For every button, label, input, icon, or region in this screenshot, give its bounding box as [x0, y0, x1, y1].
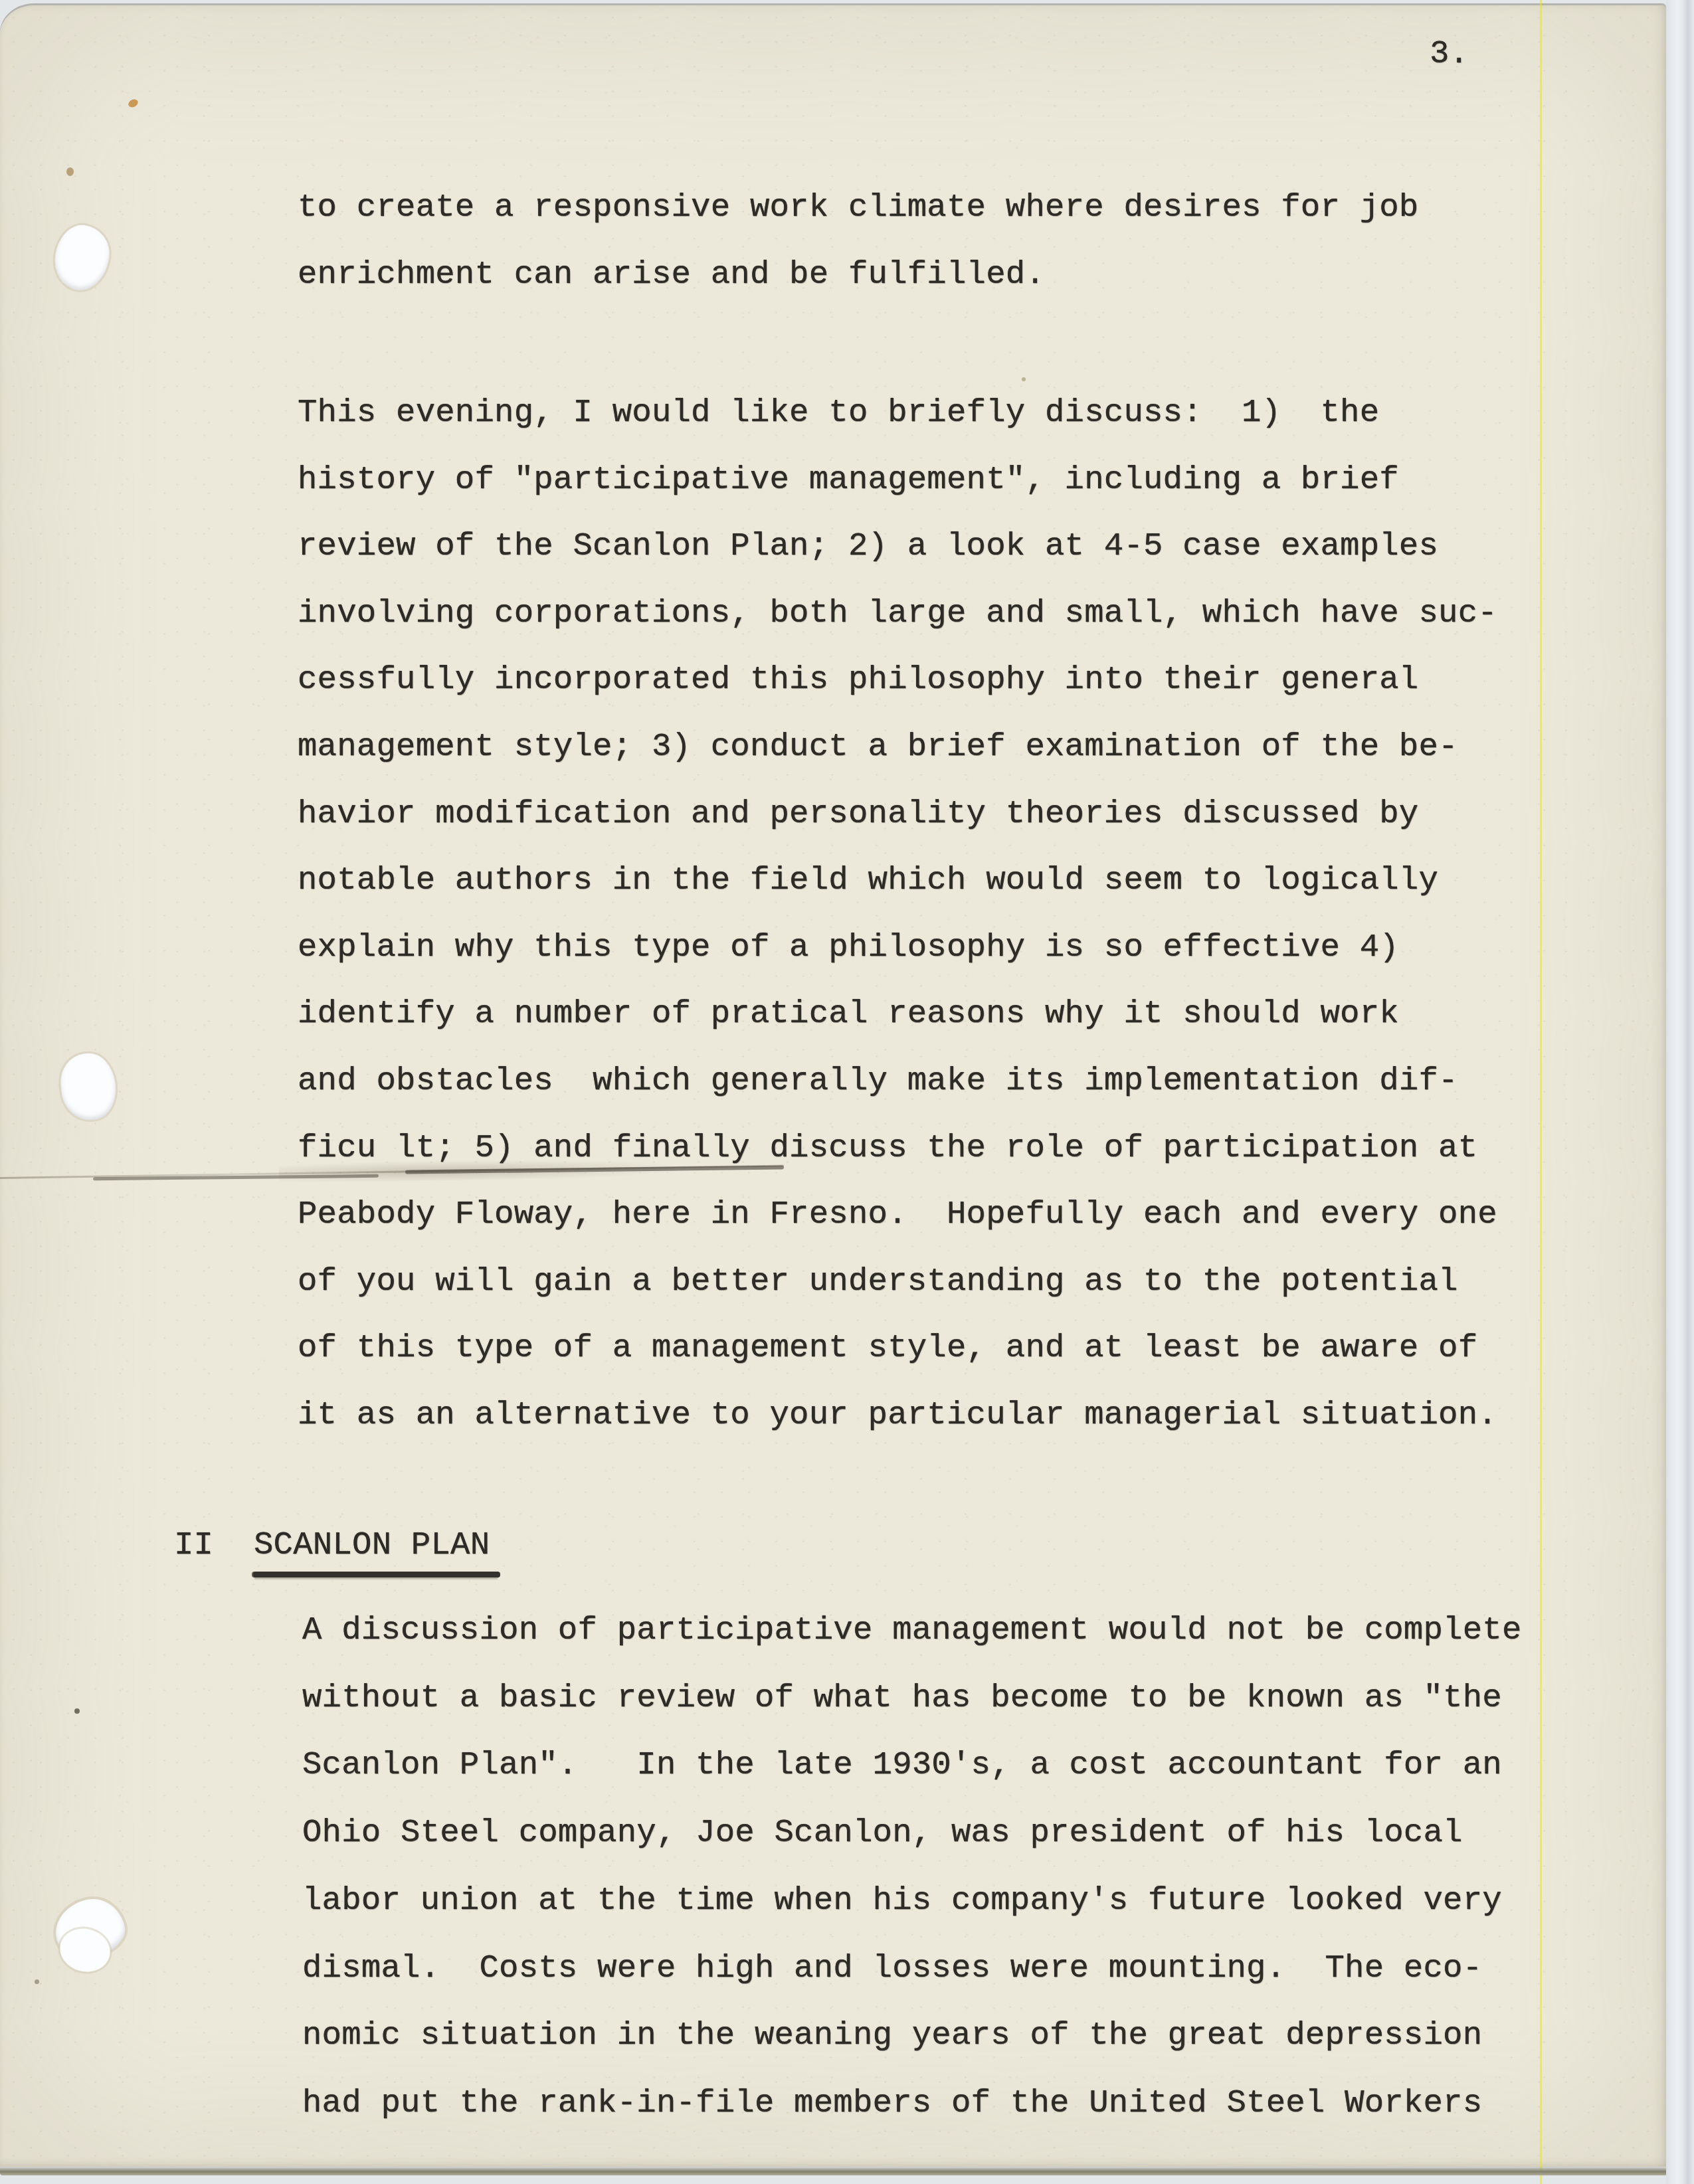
text-line: of this type of a management style, and …	[298, 1315, 1497, 1382]
text-line: havior modification and personality theo…	[298, 780, 1497, 848]
paper-speck	[35, 1979, 39, 1984]
paragraph-scanlon-plan: A discussion of participative management…	[302, 1597, 1522, 2138]
punch-hole-top	[51, 222, 114, 294]
paragraph-intro: to create a responsive work climate wher…	[298, 174, 1418, 308]
text-line: review of the Scanlon Plan; 2) a look at…	[298, 513, 1497, 580]
text-line: had put the rank-in-file members of the …	[302, 2070, 1522, 2138]
paper-bottom-edge	[0, 2167, 1667, 2175]
text-line: and obstacles which generally make its i…	[298, 1047, 1497, 1115]
paper-speck	[66, 167, 74, 176]
text-line: of you will gain a better understanding …	[298, 1248, 1497, 1315]
scan-margin-right	[1666, 0, 1694, 2184]
section-title-underline	[252, 1572, 500, 1578]
text-line: involving corporations, both large and s…	[298, 580, 1497, 647]
text-line: notable authors in the field which would…	[298, 847, 1497, 914]
text-line: Ohio Steel company, Joe Scanlon, was pre…	[302, 1799, 1522, 1867]
paper-speck	[1022, 377, 1026, 381]
paper-speck	[127, 98, 139, 108]
text-line: enrichment can arise and be fulfilled.	[298, 241, 1418, 308]
text-line: A discussion of participative management…	[302, 1597, 1522, 1665]
section-title: SCANLON PLAN	[254, 1526, 490, 1564]
scanner-fold-line	[1540, 0, 1542, 2184]
text-line: history of "participative management", i…	[298, 446, 1497, 513]
text-line: labor union at the time when his company…	[302, 1867, 1522, 1935]
section-number: II	[174, 1526, 213, 1564]
text-line: Scanlon Plan". In the late 1930's, a cos…	[302, 1732, 1522, 1799]
scanned-document-page: { "page": { "number": "3.", "section": {…	[0, 0, 1694, 2184]
text-line: identify a number of pratical reasons wh…	[298, 980, 1497, 1047]
paragraph-agenda: This evening, I would like to briefly di…	[298, 379, 1497, 1449]
text-line: This evening, I would like to briefly di…	[298, 379, 1497, 446]
text-line: Peabody Floway, here in Fresno. Hopefull…	[298, 1181, 1497, 1248]
text-line: nomic situation in the weaning years of …	[302, 2002, 1522, 2070]
text-line: dismal. Costs were high and losses were …	[302, 1935, 1522, 2003]
text-line: it as an alternative to your particular …	[298, 1382, 1497, 1449]
paper-sheet: 3. to create a responsive work climate w…	[0, 5, 1666, 2167]
text-line: to create a responsive work climate wher…	[298, 174, 1418, 241]
punch-hole-middle	[58, 1051, 119, 1123]
paper-speck	[74, 1708, 80, 1714]
text-line: explain why this type of a philosophy is…	[298, 914, 1497, 981]
text-line: cessfully incorporated this philosophy i…	[298, 646, 1497, 713]
text-line: without a basic review of what has becom…	[302, 1665, 1522, 1732]
text-line: management style; 3) conduct a brief exa…	[298, 713, 1497, 780]
page-number: 3.	[1430, 35, 1469, 72]
